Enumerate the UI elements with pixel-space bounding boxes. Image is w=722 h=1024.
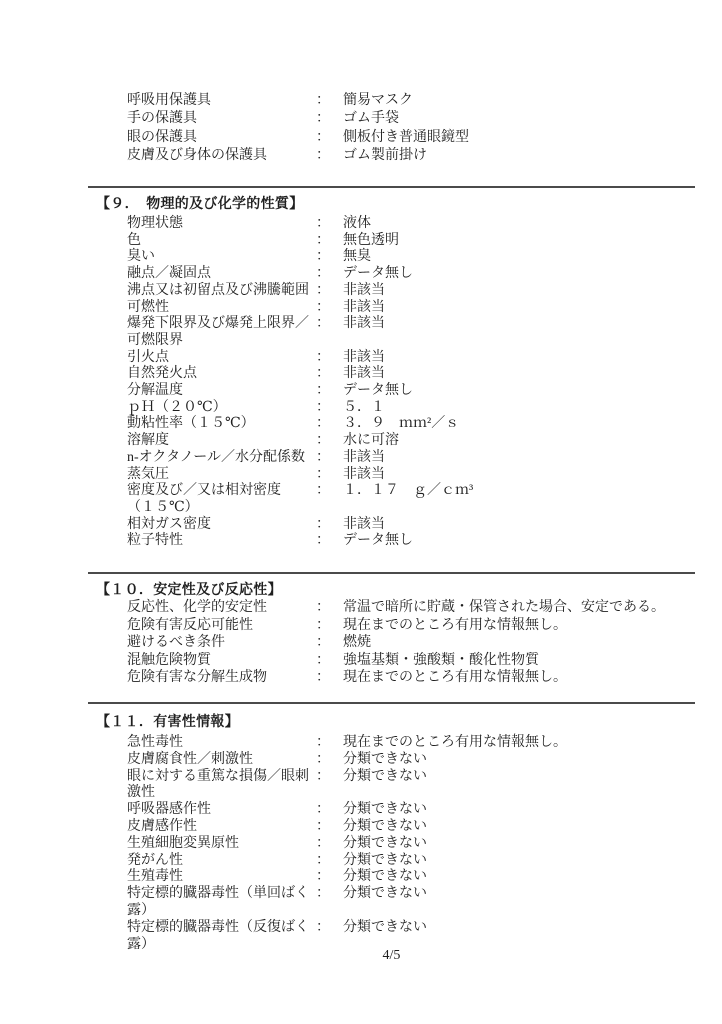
field-colon: ： — [316, 350, 343, 367]
field-row: 避けるべき条件：燃焼 — [127, 634, 695, 652]
field-label: 引火点 — [127, 350, 316, 367]
field-colon: ： — [316, 652, 343, 670]
field-value: 常温で暗所に貯蔵・保管された場合、安定である。 — [343, 599, 695, 617]
field-row: 臭い：無臭 — [127, 249, 695, 266]
field-colon: ： — [316, 669, 343, 687]
field-colon: ： — [316, 483, 343, 500]
field-value: 現在までのところ有用な情報無し。 — [343, 617, 695, 635]
field-value: 分類できない — [343, 769, 695, 786]
field-row: 生殖細胞変異原性：分類できない — [127, 836, 695, 853]
field-colon: ： — [316, 752, 343, 769]
section-divider — [88, 572, 695, 574]
field-label: 自然発火点 — [127, 366, 316, 383]
field-colon: ： — [316, 886, 343, 903]
field-colon: ： — [316, 517, 343, 534]
field-value: ゴム手袋 — [343, 110, 695, 128]
field-label: 混触危険物質 — [127, 652, 316, 670]
field-colon: ： — [316, 129, 343, 147]
field-label: 可燃性 — [127, 300, 316, 317]
field-row: 可燃性：非該当 — [127, 300, 695, 317]
field-row: 沸点又は初留点及び沸騰範囲：非該当 — [127, 283, 695, 300]
field-row: 特定標的臓器毒性（単回ばく 露）：分類できない — [127, 886, 695, 920]
field-colon: ： — [316, 266, 343, 283]
field-label: 眼の保護具 — [127, 129, 316, 147]
field-row: 爆発下限界及び爆発上限界／ 可燃限界：非該当 — [127, 316, 695, 349]
field-label: 呼吸用保護具 — [127, 92, 316, 110]
field-colon: ： — [316, 416, 343, 433]
field-row: 皮膚腐食性／刺激性：分類できない — [127, 752, 695, 769]
field-row: 呼吸器感作性：分類できない — [127, 802, 695, 819]
field-row: 物理状態：液体 — [127, 216, 695, 233]
field-label: 色 — [127, 233, 316, 250]
section-9-rows: 物理状態：液体色：無色透明臭い：無臭融点／凝固点：データ無し沸点又は初留点及び沸… — [127, 216, 695, 550]
field-value: 現在までのところ有用な情報無し。 — [343, 669, 695, 687]
field-value: 非該当 — [343, 467, 695, 484]
field-colon: ： — [316, 819, 343, 836]
field-value: データ無し — [343, 383, 695, 400]
field-label: 生殖細胞変異原性 — [127, 836, 316, 853]
field-colon: ： — [316, 383, 343, 400]
field-colon: ： — [316, 836, 343, 853]
field-label: 融点／凝固点 — [127, 266, 316, 283]
field-row: 危険有害な分解生成物：現在までのところ有用な情報無し。 — [127, 669, 695, 687]
field-label: 爆発下限界及び爆発上限界／ 可燃限界 — [127, 316, 316, 349]
field-colon: ： — [316, 869, 343, 886]
field-row: 皮膚感作性：分類できない — [127, 819, 695, 836]
field-colon: ： — [316, 300, 343, 317]
field-label: 皮膚及び身体の保護具 — [127, 147, 316, 165]
field-value: 分類できない — [343, 752, 695, 769]
field-colon: ： — [316, 316, 343, 333]
field-label: 危険有害反応可能性 — [127, 617, 316, 635]
field-value: 分類できない — [343, 819, 695, 836]
field-value: 分類できない — [343, 886, 695, 903]
section-10-title: 【１０．安定性及び反応性】 — [96, 579, 282, 599]
field-colon: ： — [316, 802, 343, 819]
field-value: 非該当 — [343, 350, 695, 367]
field-label: 溶解度 — [127, 433, 316, 450]
field-label: 粒子特性 — [127, 533, 316, 550]
field-row: ｐＨ（２０℃）：５．１ — [127, 400, 695, 417]
field-colon: ： — [316, 920, 343, 937]
section-11-title: 【１１．有害性情報】 — [96, 711, 239, 731]
protective-equipment-block: 呼吸用保護具：簡易マスク手の保護具：ゴム手袋眼の保護具：側板付き普通眼鏡型皮膚及… — [127, 92, 695, 166]
field-colon: ： — [316, 249, 343, 266]
field-row: 眼の保護具：側板付き普通眼鏡型 — [127, 129, 695, 147]
field-value: 側板付き普通眼鏡型 — [343, 129, 695, 147]
field-row: 融点／凝固点：データ無し — [127, 266, 695, 283]
field-label: 特定標的臓器毒性（単回ばく 露） — [127, 886, 316, 920]
field-value: 水に可溶 — [343, 433, 695, 450]
section-divider — [88, 186, 695, 188]
field-colon: ： — [316, 233, 343, 250]
field-label: n-オクタノール／水分配係数 — [127, 450, 316, 467]
field-label: 反応性、化学的安定性 — [127, 599, 316, 617]
field-value: 強塩基類・強酸類・酸化性物質 — [343, 652, 695, 670]
field-colon: ： — [316, 433, 343, 450]
section-9-title: 【９． 物理的及び化学的性質】 — [96, 193, 304, 213]
field-value: 非該当 — [343, 366, 695, 383]
field-row: 分解温度：データ無し — [127, 383, 695, 400]
field-row: 反応性、化学的安定性：常温で暗所に貯蔵・保管された場合、安定である。 — [127, 599, 695, 617]
field-colon: ： — [316, 533, 343, 550]
field-colon: ： — [316, 283, 343, 300]
field-colon: ： — [316, 467, 343, 484]
section-10-rows: 反応性、化学的安定性：常温で暗所に貯蔵・保管された場合、安定である。危険有害反応… — [127, 599, 695, 687]
field-row: 混触危険物質：強塩基類・強酸類・酸化性物質 — [127, 652, 695, 670]
field-label: 皮膚腐食性／刺激性 — [127, 752, 316, 769]
field-value: １．１７ ｇ／ｃｍ³ — [343, 483, 695, 500]
field-row: 相対ガス密度：非該当 — [127, 517, 695, 534]
field-colon: ： — [316, 599, 343, 617]
field-label: 呼吸器感作性 — [127, 802, 316, 819]
field-label: 密度及び／又は相対密度 （１５℃） — [127, 483, 316, 516]
field-label: 臭い — [127, 249, 316, 266]
field-value: ゴム製前掛け — [343, 147, 695, 165]
field-value: 燃焼 — [343, 634, 695, 652]
field-label: 分解温度 — [127, 383, 316, 400]
field-value: 分類できない — [343, 920, 695, 937]
field-colon: ： — [316, 450, 343, 467]
field-value: 分類できない — [343, 853, 695, 870]
field-label: 避けるべき条件 — [127, 634, 316, 652]
field-row: 手の保護具：ゴム手袋 — [127, 110, 695, 128]
field-value: 非該当 — [343, 450, 695, 467]
section-11-rows: 急性毒性：現在までのところ有用な情報無し。皮膚腐食性／刺激性：分類できない眼に対… — [127, 735, 695, 953]
field-value: データ無し — [343, 266, 695, 283]
field-label: 動粘性率（１５℃） — [127, 416, 316, 433]
field-colon: ： — [316, 400, 343, 417]
field-row: 蒸気圧：非該当 — [127, 467, 695, 484]
field-colon: ： — [316, 216, 343, 233]
field-colon: ： — [316, 110, 343, 128]
field-row: 密度及び／又は相対密度 （１５℃）：１．１７ ｇ／ｃｍ³ — [127, 483, 695, 516]
field-value: 非該当 — [343, 316, 695, 333]
field-row: 急性毒性：現在までのところ有用な情報無し。 — [127, 735, 695, 752]
field-value: ５．１ — [343, 400, 695, 417]
page-number: 4/5 — [88, 948, 695, 964]
field-row: 危険有害反応可能性：現在までのところ有用な情報無し。 — [127, 617, 695, 635]
field-row: 動粘性率（１５℃）：３．９ ｍｍ²／ｓ — [127, 416, 695, 433]
field-value: 分類できない — [343, 802, 695, 819]
field-label: 発がん性 — [127, 853, 316, 870]
field-value: ３．９ ｍｍ²／ｓ — [343, 416, 695, 433]
field-value: 液体 — [343, 216, 695, 233]
field-row: 発がん性：分類できない — [127, 853, 695, 870]
section-divider — [88, 702, 695, 704]
field-colon: ： — [316, 147, 343, 165]
field-row: 粒子特性：データ無し — [127, 533, 695, 550]
field-value: 分類できない — [343, 836, 695, 853]
field-colon: ： — [316, 366, 343, 383]
field-label: 皮膚感作性 — [127, 819, 316, 836]
field-row: 生殖毒性：分類できない — [127, 869, 695, 886]
field-value: データ無し — [343, 533, 695, 550]
field-row: n-オクタノール／水分配係数：非該当 — [127, 450, 695, 467]
field-value: 分類できない — [343, 869, 695, 886]
field-value: 簡易マスク — [343, 92, 695, 110]
field-value: 非該当 — [343, 517, 695, 534]
field-row: 引火点：非該当 — [127, 350, 695, 367]
field-row: 溶解度：水に可溶 — [127, 433, 695, 450]
field-colon: ： — [316, 853, 343, 870]
field-colon: ： — [316, 769, 343, 786]
field-colon: ： — [316, 617, 343, 635]
field-row: 自然発火点：非該当 — [127, 366, 695, 383]
field-colon: ： — [316, 92, 343, 110]
field-row: 色：無色透明 — [127, 233, 695, 250]
sds-document-page: 呼吸用保護具：簡易マスク手の保護具：ゴム手袋眼の保護具：側板付き普通眼鏡型皮膚及… — [0, 0, 722, 1024]
field-label: 急性毒性 — [127, 735, 316, 752]
field-label: 手の保護具 — [127, 110, 316, 128]
field-row: 呼吸用保護具：簡易マスク — [127, 92, 695, 110]
field-label: 物理状態 — [127, 216, 316, 233]
field-value: 非該当 — [343, 283, 695, 300]
field-label: 生殖毒性 — [127, 869, 316, 886]
field-label: 沸点又は初留点及び沸騰範囲 — [127, 283, 316, 300]
field-colon: ： — [316, 735, 343, 752]
field-value: 無臭 — [343, 249, 695, 266]
field-label: 眼に対する重篤な損傷／眼刺 激性 — [127, 769, 316, 803]
field-label: 危険有害な分解生成物 — [127, 669, 316, 687]
field-label: ｐＨ（２０℃） — [127, 400, 316, 417]
field-row: 皮膚及び身体の保護具：ゴム製前掛け — [127, 147, 695, 165]
field-value: 非該当 — [343, 300, 695, 317]
field-value: 無色透明 — [343, 233, 695, 250]
field-value: 現在までのところ有用な情報無し。 — [343, 735, 695, 752]
field-label: 蒸気圧 — [127, 467, 316, 484]
field-row: 眼に対する重篤な損傷／眼刺 激性：分類できない — [127, 769, 695, 803]
field-label: 相対ガス密度 — [127, 517, 316, 534]
field-colon: ： — [316, 634, 343, 652]
